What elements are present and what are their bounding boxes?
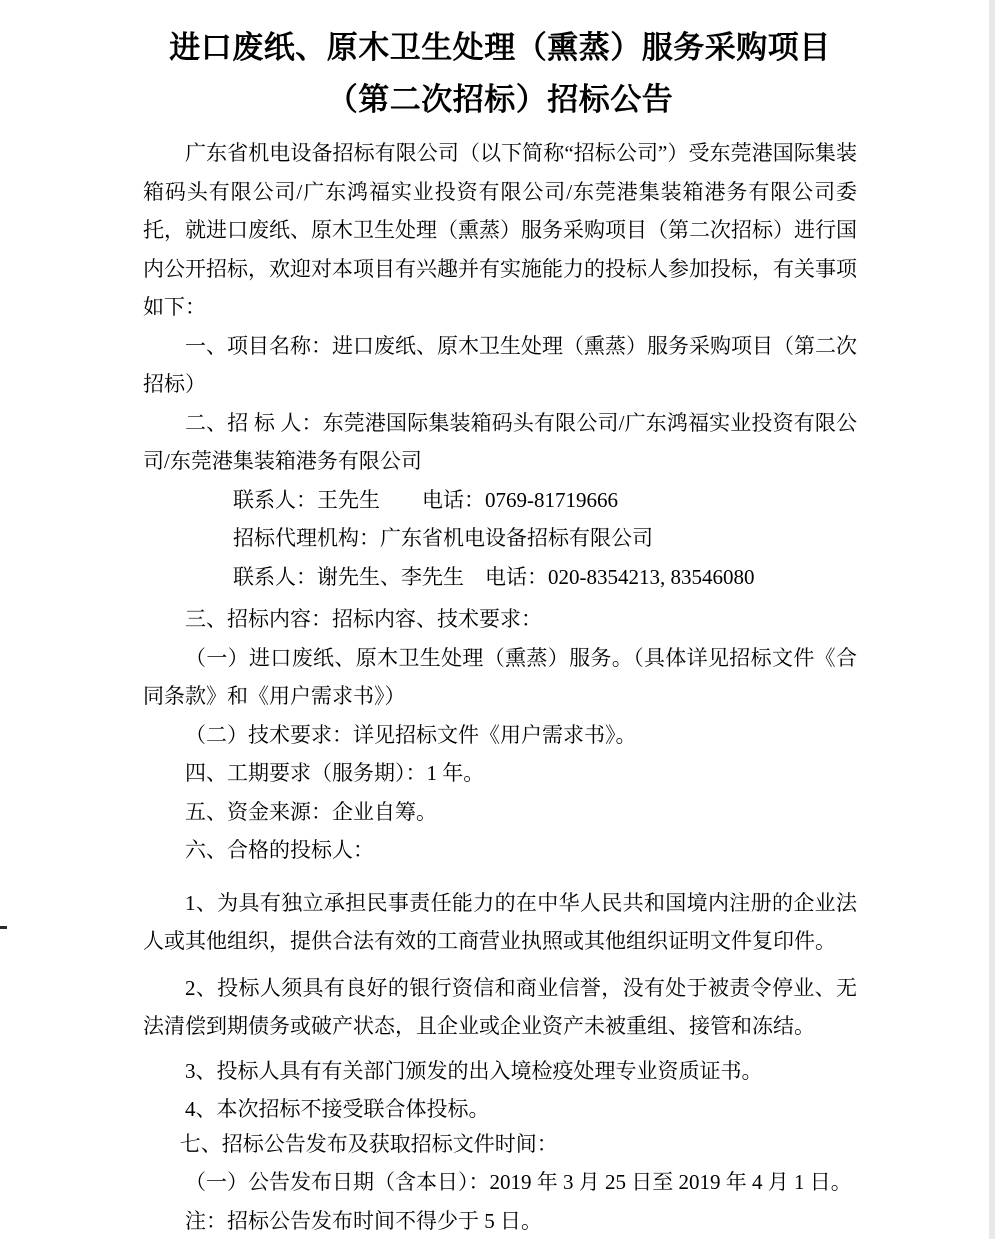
- paragraph-item5-funding: 五、资金来源：企业自筹。: [143, 793, 857, 832]
- document-page: 进口废纸、原木卫生处理（熏蒸）服务采购项目 （第二次招标）招标公告 广东省机电设…: [0, 0, 995, 1239]
- document-title-line-1: 进口废纸、原木卫生处理（熏蒸）服务采购项目: [143, 22, 857, 74]
- paragraph-item7-announcement-time: 七、招标公告发布及获取招标文件时间：: [143, 1125, 857, 1164]
- document-title-line-2: （第二次招标）招标公告: [143, 74, 857, 126]
- paragraph-note: 注：招标公告发布时间不得少于 5 日。: [143, 1202, 857, 1239]
- left-margin-marker: [0, 926, 7, 929]
- paragraph-intro: 广东省机电设备招标有限公司（以下简称“招标公司”）受东莞港国际集装箱码头有限公司…: [143, 134, 857, 327]
- paragraph-item4-duration: 四、工期要求（服务期）：1 年。: [143, 754, 857, 793]
- paragraph-item2-tenderee: 二、招 标 人：东莞港国际集装箱码头有限公司/广东鸿福实业投资有限公司/东莞港集…: [143, 404, 857, 481]
- paragraph-item7-sub1-dates: （一）公告发布日期（含本日）：2019 年 3 月 25 日至 2019 年 4…: [143, 1163, 857, 1202]
- document-title: 进口废纸、原木卫生处理（熏蒸）服务采购项目 （第二次招标）招标公告: [143, 22, 857, 126]
- paragraph-item3-sub1: （一）进口废纸、原木卫生处理（熏蒸）服务。（具体详见招标文件《合同条款》和《用户…: [143, 639, 857, 716]
- paragraph-qualification-4: 4、本次招标不接受联合体投标。: [143, 1090, 857, 1129]
- document-content: 进口废纸、原木卫生处理（熏蒸）服务采购项目 （第二次招标）招标公告 广东省机电设…: [0, 0, 995, 1239]
- paragraph-qualification-3: 3、投标人具有有关部门颁发的出入境检疫处理专业资质证书。: [143, 1052, 857, 1091]
- paragraph-item3-sub2: （二）技术要求：详见招标文件《用户需求书》。: [143, 716, 857, 755]
- paragraph-contact-tenderee: 联系人：王先生 电话：0769-81719666: [143, 481, 857, 520]
- paragraph-agency: 招标代理机构：广东省机电设备招标有限公司: [143, 519, 857, 558]
- paragraph-item6-qualified-bidders: 六、合格的投标人：: [143, 831, 857, 870]
- paragraph-qualification-1: 1、为具有独立承担民事责任能力的在中华人民共和国境内注册的企业法人或其他组织，提…: [143, 884, 857, 961]
- paragraph-item3-content: 三、招标内容：招标内容、技术要求：: [143, 600, 857, 639]
- paragraph-qualification-2: 2、投标人须具有良好的银行资信和商业信誉，没有处于被责令停业、无法清偿到期债务或…: [143, 969, 857, 1046]
- paragraph-item1-project-name: 一、项目名称：进口废纸、原木卫生处理（熏蒸）服务采购项目（第二次招标）: [143, 327, 857, 404]
- page-right-edge-strip: [989, 0, 995, 1239]
- paragraph-contact-agency: 联系人：谢先生、李先生 电话：020-8354213, 83546080: [143, 558, 857, 597]
